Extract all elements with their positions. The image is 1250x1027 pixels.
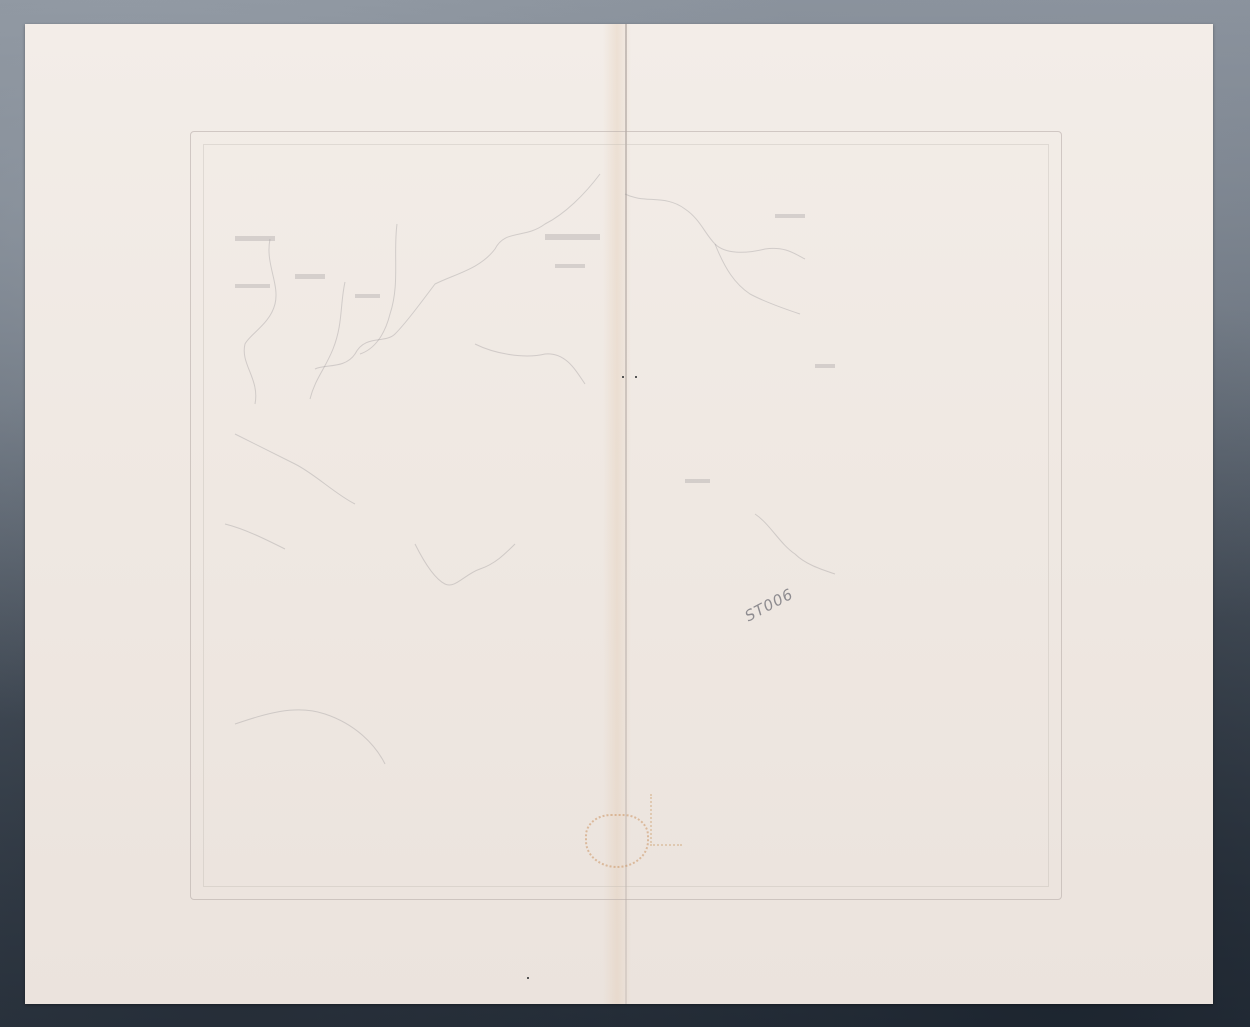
foxing-stain <box>585 814 649 868</box>
center-mark-dot <box>635 376 637 378</box>
center-mark-dot <box>527 977 529 979</box>
map-sheet-verso: ST006 <box>25 24 1213 1004</box>
foxing-stain <box>650 794 682 846</box>
center-mark-dot <box>622 376 624 378</box>
